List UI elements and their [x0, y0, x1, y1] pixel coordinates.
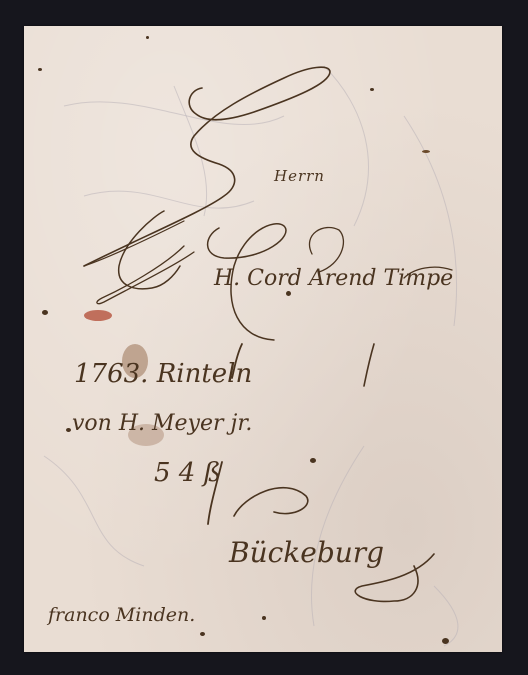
bleed-through-line	[84, 191, 254, 208]
ink-speck	[442, 638, 449, 644]
flourish-t-rinteln	[364, 344, 374, 386]
bleed-through-line	[174, 86, 207, 216]
letter-paper: Herrn H. Cord Arend Timpe 1763. Rinteln …	[24, 26, 502, 652]
ink-speck	[66, 428, 71, 432]
year-origin-line: 1763. Rinteln	[74, 359, 252, 389]
ink-speck	[42, 310, 48, 315]
bleed-through-line	[434, 586, 458, 646]
ink-speck	[146, 36, 149, 39]
ink-speck	[310, 458, 316, 463]
postage-rate: 5 4 ß	[154, 458, 221, 488]
ink-speck	[286, 291, 291, 296]
bleed-through-line	[44, 456, 144, 566]
destination-city: Bückeburg	[229, 536, 384, 569]
franking-note: franco Minden.	[48, 604, 195, 626]
ink-speck	[262, 616, 266, 620]
sender-line: von H. Meyer jr.	[72, 411, 252, 436]
recipient-name: H. Cord Arend Timpe	[214, 266, 453, 291]
bleed-through-line	[324, 66, 368, 226]
salutation-text: Herrn	[274, 167, 325, 185]
bleed-through-line	[404, 116, 457, 326]
ink-speck	[200, 632, 205, 636]
ink-speck	[38, 68, 42, 71]
ink-speck	[370, 88, 374, 91]
flourish-H-cord	[119, 211, 180, 289]
sealing-wax-stain	[84, 310, 112, 321]
ink-speck	[422, 150, 430, 153]
